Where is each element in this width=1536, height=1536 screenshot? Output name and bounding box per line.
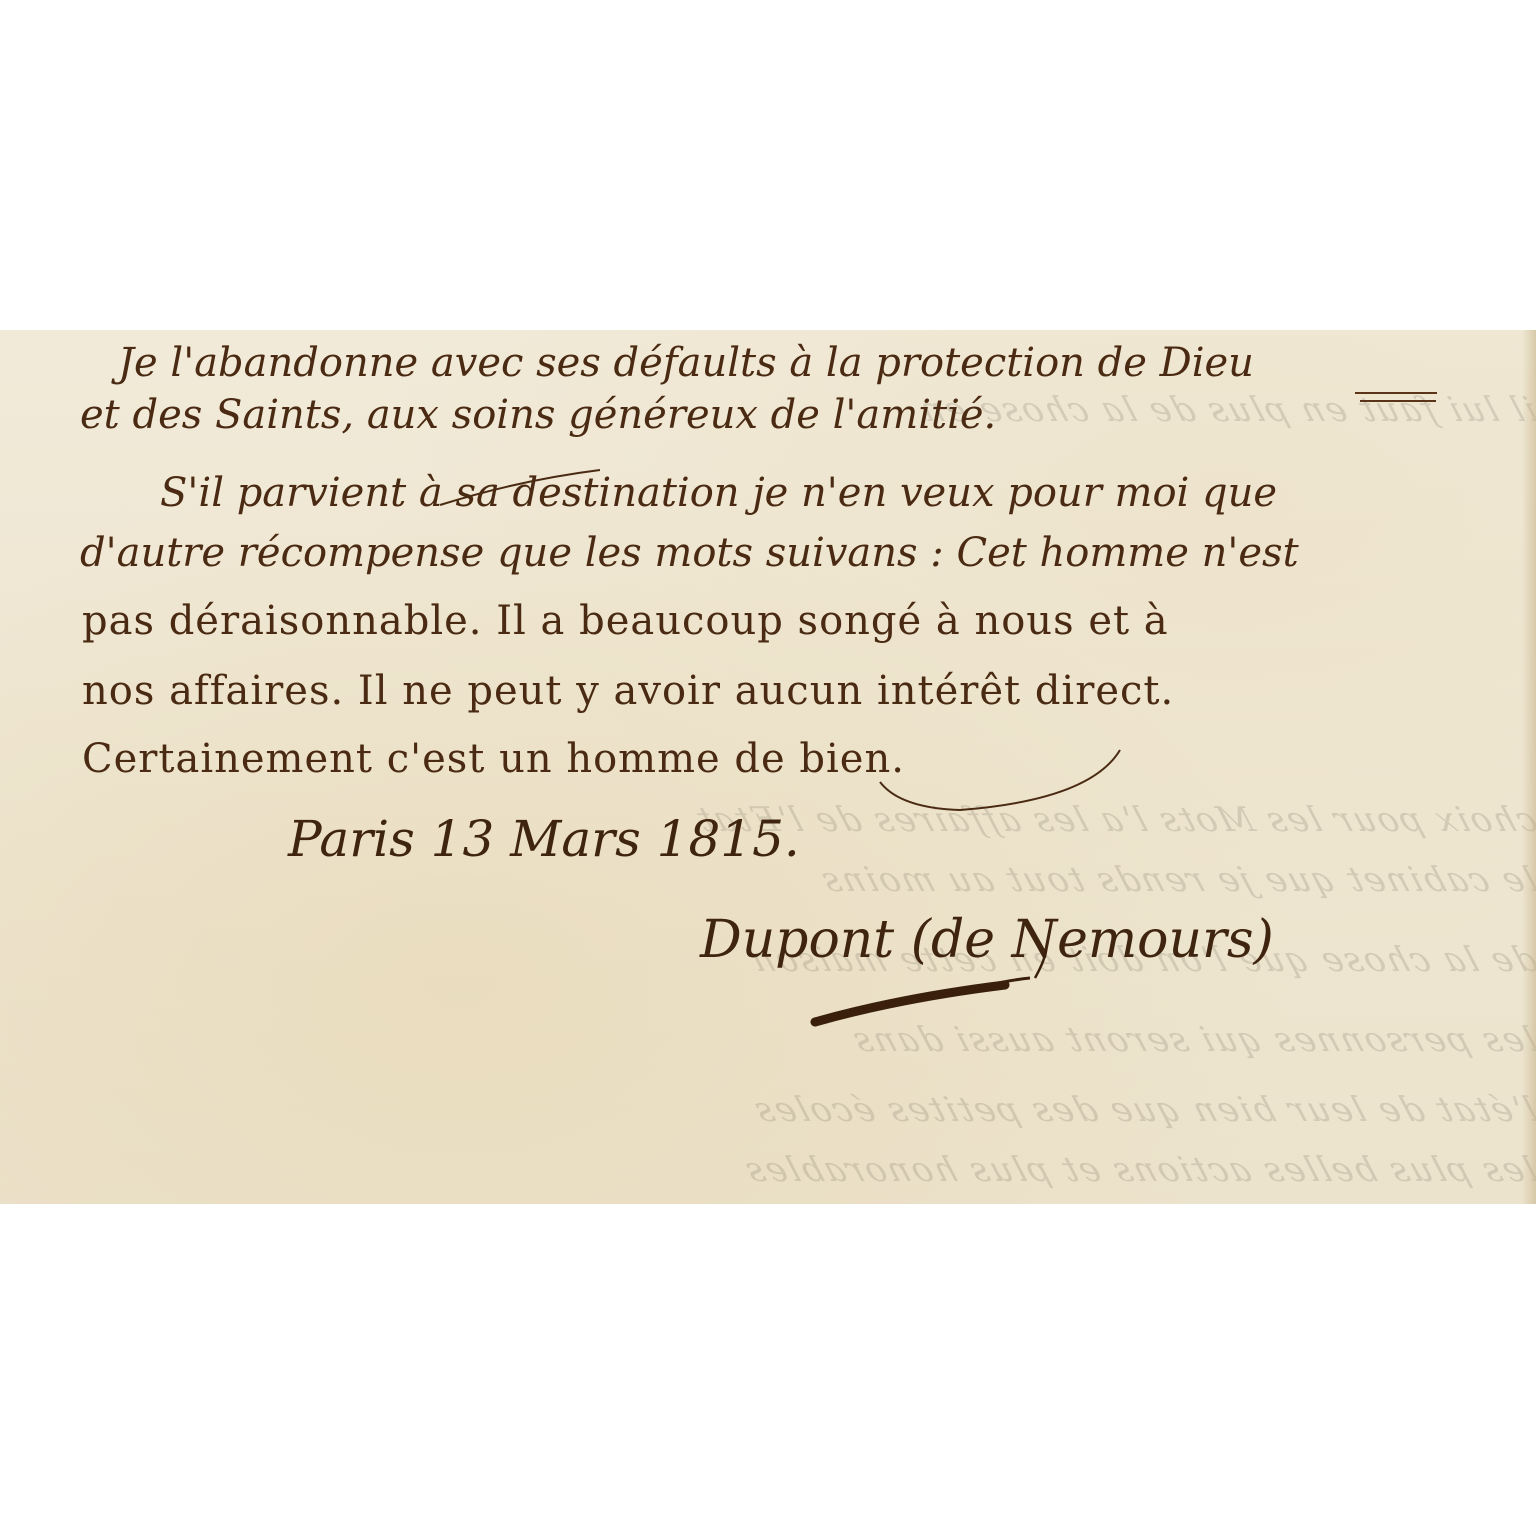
dieu-underline — [1360, 400, 1436, 402]
letter-line-4: d'autre récompense que les mots suivans … — [80, 530, 1299, 576]
bleed-through-line: les personnes qui seront aussi dans — [0, 1020, 1536, 1060]
letter-line-1: Je l'abandonne avec ses défaults à la pr… — [118, 340, 1254, 386]
letter-line-5: pas déraisonnable. Il a beaucoup songé à… — [82, 598, 1169, 644]
signature-name: Dupont — [700, 910, 894, 970]
letter-line-6: nos affaires. Il ne peut y avoir aucun i… — [82, 668, 1174, 714]
dieu-underline — [1355, 392, 1437, 394]
bleed-through-line: l'état de leur bien que des petites écol… — [0, 1090, 1536, 1130]
page-edge — [1522, 330, 1536, 1204]
photo-canvas: il lui faut en plus de la chose en choix… — [0, 0, 1536, 1536]
manuscript-page: il lui faut en plus de la chose en choix… — [0, 330, 1536, 1204]
letter-line-2: et des Saints, aux soins généreux de l'a… — [80, 392, 996, 438]
signature: Dupont (de Nemours) — [700, 910, 1274, 970]
bleed-through-line: les plus belles actions et plus honorabl… — [0, 1150, 1536, 1190]
dateline: Paris 13 Mars 1815. — [288, 810, 800, 868]
letter-line-7: Certainement c'est un homme de bien. — [82, 736, 905, 782]
signature-suffix: (de Nemours) — [911, 910, 1274, 970]
letter-line-3: S'il parvient à sa destination je n'en v… — [160, 470, 1277, 516]
